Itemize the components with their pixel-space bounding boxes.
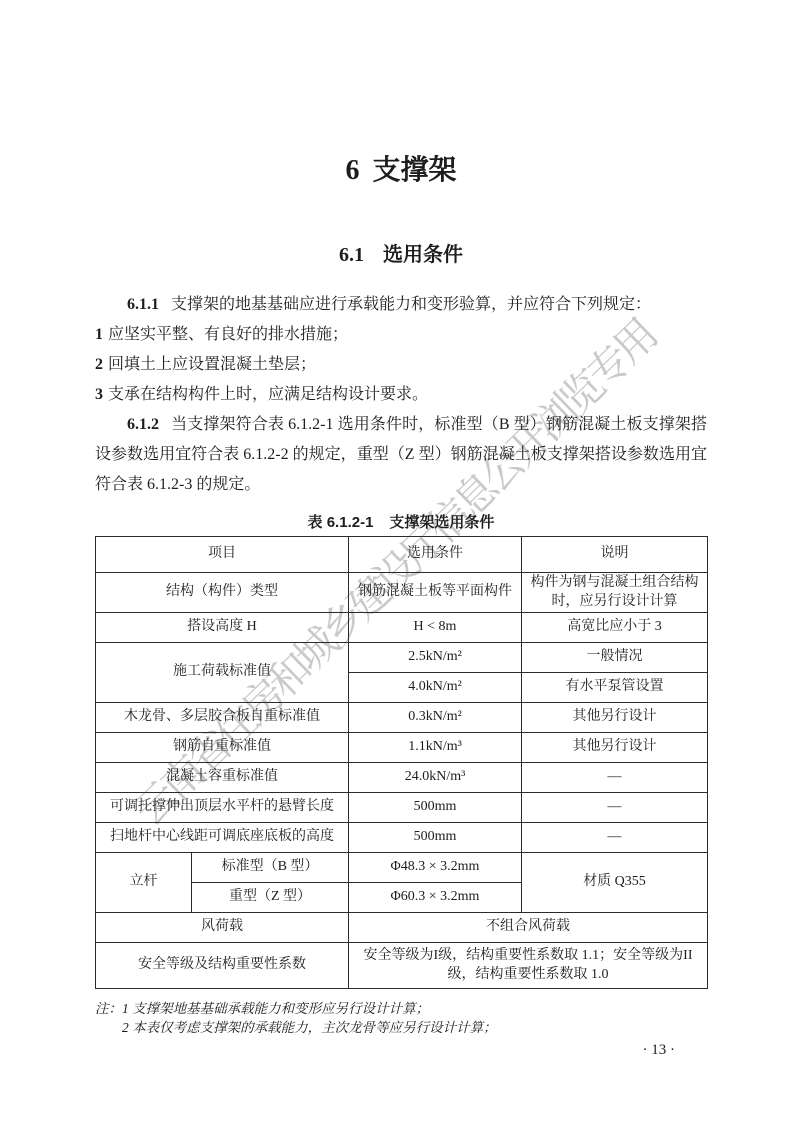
row-erection-height: 搭设高度 H H < 8m 高宽比应小于 3 [96,613,708,643]
cell-sweep-item: 扫地杆中心线距可调底座底板的高度 [96,823,349,853]
cell-wind-condition: 不组合风荷载 [349,913,708,943]
header-item: 项目 [96,537,349,573]
table-caption-title: 支撑架选用条件 [389,514,494,531]
cell-ujack-condition: 500mm [349,793,522,823]
clause-6-1-2-text: 当支撑架符合表 6.1.2-1 选用条件时，标准型（B 型）钢筋混凝土板支撑架搭… [95,416,707,493]
selection-conditions-table: 项目 选用条件 说明 结构（构件）类型 钢筋混凝土板等平面构件 构件为钢与混凝土… [95,536,708,989]
cell-safety-item: 安全等级及结构重要性系数 [96,943,349,989]
cell-structure-condition: 钢筋混凝土板等平面构件 [349,573,522,613]
item-number: 3 [95,386,103,403]
cell-load-condition-pump: 4.0kN/m² [349,673,522,703]
cell-concrete-item: 混凝土容重标准值 [96,763,349,793]
cell-ujack-note: — [522,793,708,823]
row-sweep-rod: 扫地杆中心线距可调底座底板的高度 500mm — [96,823,708,853]
cell-formwork-note: 其他另行设计 [522,703,708,733]
cell-safety-condition: 安全等级为I级，结构重要性系数取 1.1；安全等级为II级，结构重要性系数取 1… [349,943,708,989]
row-ujack-cantilever: 可调托撑伸出顶层水平杆的悬臂长度 500mm — [96,793,708,823]
cell-standpost-note: 材质 Q355 [522,853,708,913]
cell-structure-note: 构件为钢与混凝土组合结构时，应另行设计计算 [522,573,708,613]
note-line-2: 2 本表仅考虑支撑架的承载能力，主次龙骨等应另行设计计算； [95,1018,707,1037]
item-number: 2 [95,356,103,373]
cell-concrete-note: — [522,763,708,793]
cell-load-item: 施工荷载标准值 [96,643,349,703]
clause-6-1-1-item-2: 2回填土上应设置混凝土垫层； [95,350,707,380]
chapter-name: 支撑架 [372,155,456,186]
note-1-text: 1 支撑架地基基础承载能力和变形应另行设计计算； [122,1001,429,1016]
cell-rebar-condition: 1.1kN/m³ [349,733,522,763]
item-number: 1 [95,326,103,343]
row-concrete-weight: 混凝土容重标准值 24.0kN/m³ — [96,763,708,793]
row-construction-load-general: 施工荷载标准值 2.5kN/m² 一般情况 [96,643,708,673]
clause-6-1-1-item-1: 1应坚实平整、有良好的排水措施； [95,320,707,350]
row-safety-level: 安全等级及结构重要性系数 安全等级为I级，结构重要性系数取 1.1；安全等级为I… [96,943,708,989]
row-wind-load: 风荷载 不组合风荷载 [96,913,708,943]
cell-load-condition-general: 2.5kN/m² [349,643,522,673]
notes-label: 注： [95,1001,122,1016]
cell-height-note: 高宽比应小于 3 [522,613,708,643]
clause-6-1-2: 6.1.2当支撑架符合表 6.1.2-1 选用条件时，标准型（B 型）钢筋混凝土… [95,410,707,500]
page-number: · 13 · [643,1042,676,1059]
section-name: 选用条件 [383,244,463,266]
cell-ujack-item: 可调托撑伸出顶层水平杆的悬臂长度 [96,793,349,823]
cell-standpost-condition-b: Φ48.3 × 3.2mm [349,853,522,883]
cell-rebar-item: 钢筋自重标准值 [96,733,349,763]
table-notes: 注：1 支撑架地基基础承载能力和变形应另行设计计算； 2 本表仅考虑支撑架的承载… [95,999,707,1037]
cell-rebar-note: 其他另行设计 [522,733,708,763]
item-text: 支承在结构构件上时，应满足结构设计要求。 [108,386,428,403]
cell-sweep-condition: 500mm [349,823,522,853]
cell-height-condition: H < 8m [349,613,522,643]
header-description: 说明 [522,537,708,573]
cell-wind-item: 风荷载 [96,913,349,943]
chapter-title: 6支撑架 [95,156,707,186]
cell-standpost-type-z: 重型（Z 型） [192,883,349,913]
note-line-1: 注：1 支撑架地基基础承载能力和变形应另行设计计算； [95,999,707,1018]
cell-load-note-pump: 有水平泵管设置 [522,673,708,703]
item-text: 应坚实平整、有良好的排水措施； [108,326,348,343]
cell-load-note-general: 一般情况 [522,643,708,673]
table-header-row: 项目 选用条件 说明 [96,537,708,573]
cell-concrete-condition: 24.0kN/m³ [349,763,522,793]
section-title: 6.1选用条件 [95,244,707,266]
clauses-block: 6.1.1支撑架的地基基础应进行承载能力和变形验算，并应符合下列规定： 1应坚实… [95,290,707,500]
row-standpost-b: 立杆 标准型（B 型） Φ48.3 × 3.2mm 材质 Q355 [96,853,708,883]
table-caption-label: 表 6.1.2-1 [308,514,374,531]
page-content: 6支撑架 6.1选用条件 6.1.1支撑架的地基基础应进行承载能力和变形验算，并… [95,0,707,1037]
cell-sweep-note: — [522,823,708,853]
table-caption: 表 6.1.2-1支撑架选用条件 [95,514,707,532]
clause-6-1-1-item-3: 3支承在结构构件上时，应满足结构设计要求。 [95,380,707,410]
cell-formwork-item: 木龙骨、多层胶合板自重标准值 [96,703,349,733]
clause-6-1-2-number: 6.1.2 [127,416,159,433]
note-2-text: 2 本表仅考虑支撑架的承载能力，主次龙骨等应另行设计计算； [122,1020,497,1035]
section-number: 6.1 [339,244,364,266]
clause-6-1-1-text: 支撑架的地基基础应进行承载能力和变形验算，并应符合下列规定： [171,296,651,313]
cell-height-item: 搭设高度 H [96,613,349,643]
row-rebar-weight: 钢筋自重标准值 1.1kN/m³ 其他另行设计 [96,733,708,763]
cell-standpost-condition-z: Φ60.3 × 3.2mm [349,883,522,913]
row-structure-type: 结构（构件）类型 钢筋混凝土板等平面构件 构件为钢与混凝土组合结构时，应另行设计… [96,573,708,613]
cell-standpost-type-b: 标准型（B 型） [192,853,349,883]
item-text: 回填土上应设置混凝土垫层； [108,356,316,373]
document-page: 云南省住房和城乡建设厅信息公开浏览专用 6支撑架 6.1选用条件 6.1.1支撑… [0,0,793,1122]
cell-structure-item: 结构（构件）类型 [96,573,349,613]
header-condition: 选用条件 [349,537,522,573]
clause-6-1-1-number: 6.1.1 [127,296,159,313]
chapter-number: 6 [345,155,359,186]
clause-6-1-1: 6.1.1支撑架的地基基础应进行承载能力和变形验算，并应符合下列规定： [95,290,707,320]
cell-standpost-item: 立杆 [96,853,192,913]
row-formwork-weight: 木龙骨、多层胶合板自重标准值 0.3kN/m² 其他另行设计 [96,703,708,733]
cell-formwork-condition: 0.3kN/m² [349,703,522,733]
